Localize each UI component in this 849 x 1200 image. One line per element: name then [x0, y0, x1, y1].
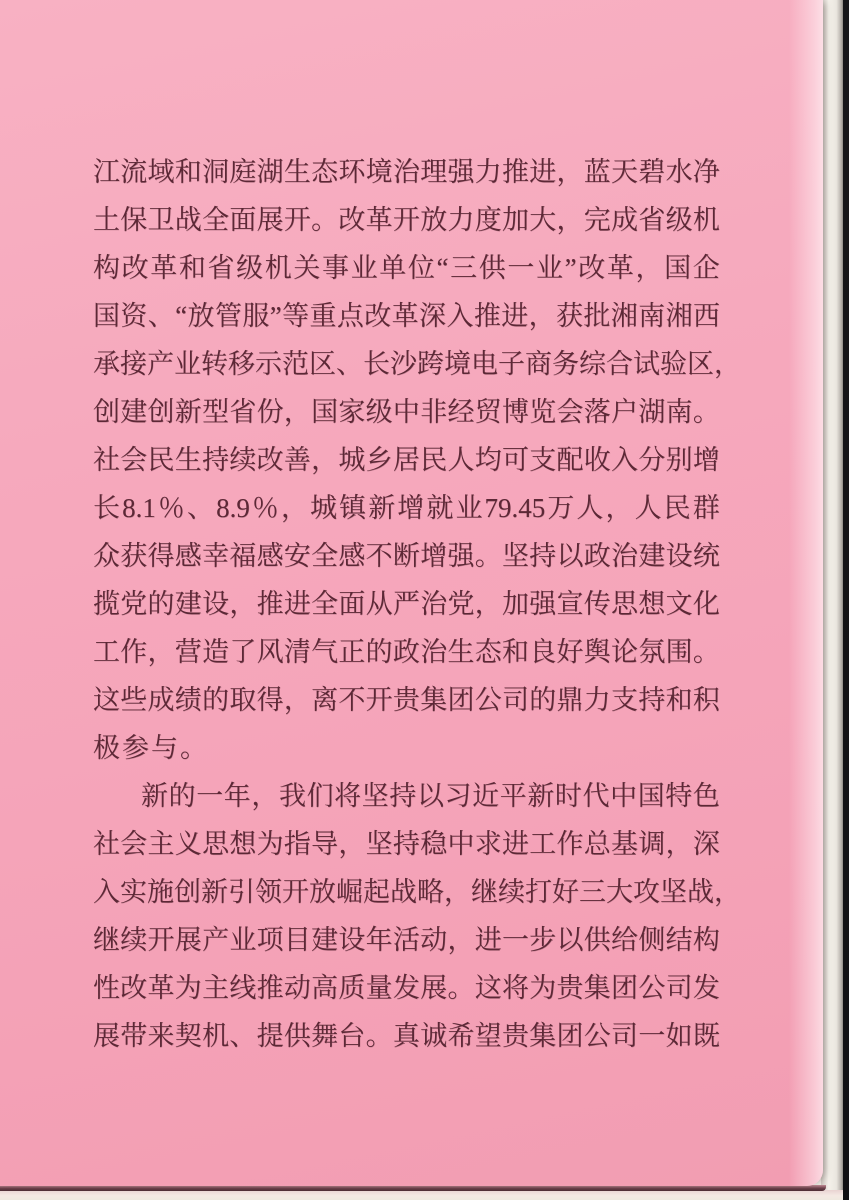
- body-line: 土保卫战全面展开。改革开放力度加大，完成省级机: [93, 196, 720, 244]
- body-line: 性改革为主线推动高质量发展。这将为贵集团公司发: [93, 964, 720, 1012]
- body-line: 长8.1％、8.9％，城镇新增就业79.45万人，人民群: [93, 484, 720, 532]
- body-line: 社会民生持续改善，城乡居民人均可支配收入分别增: [93, 436, 720, 484]
- body-line: 社会主义思想为指导，坚持稳中求进工作总基调，深: [93, 820, 720, 868]
- pink-letter-paper: 江流域和洞庭湖生态环境治理强力推进，蓝天碧水净 土保卫战全面展开。改革开放力度加…: [0, 0, 823, 1186]
- body-line: 国资、“放管服”等重点改革深入推进，获批湘南湘西: [93, 292, 720, 340]
- body-line: 新的一年，我们将坚持以习近平新时代中国特色: [93, 772, 720, 820]
- scanned-document-page: 江流域和洞庭湖生态环境治理强力推进，蓝天碧水净 土保卫战全面展开。改革开放力度加…: [0, 0, 849, 1200]
- body-line: 工作，营造了风清气正的政治生态和良好舆论氛围。: [93, 628, 720, 676]
- page-bottom-edge: [0, 1190, 843, 1200]
- body-line: 这些成绩的取得，离不开贵集团公司的鼎力支持和积: [93, 676, 720, 724]
- body-line: 揽党的建设，推进全面从严治党，加强宣传思想文化: [93, 580, 720, 628]
- body-line: 入实施创新引领开放崛起战略，继续打好三大攻坚战，: [93, 868, 720, 916]
- body-line: 展带来契机、提供舞台。真诚希望贵集团公司一如既: [93, 1012, 720, 1060]
- body-line: 众获得感幸福感安全感不断增强。坚持以政治建设统: [93, 532, 720, 580]
- body-line: 创建创新型省份，国家级中非经贸博览会落户湖南。: [93, 388, 720, 436]
- body-line: 承接产业转移示范区、长沙跨境电子商务综合试验区，: [93, 340, 720, 388]
- letter-body: 江流域和洞庭湖生态环境治理强力推进，蓝天碧水净 土保卫战全面展开。改革开放力度加…: [93, 148, 720, 1060]
- body-line: 继续开展产业项目建设年活动，进一步以供给侧结构: [93, 916, 720, 964]
- body-line: 构改革和省级机关事业单位“三供一业”改革，国企: [93, 244, 720, 292]
- body-line: 江流域和洞庭湖生态环境治理强力推进，蓝天碧水净: [93, 148, 720, 196]
- body-line: 极参与。: [93, 724, 720, 772]
- scanner-background: [842, 0, 849, 1200]
- page-right-edge: [821, 0, 843, 1200]
